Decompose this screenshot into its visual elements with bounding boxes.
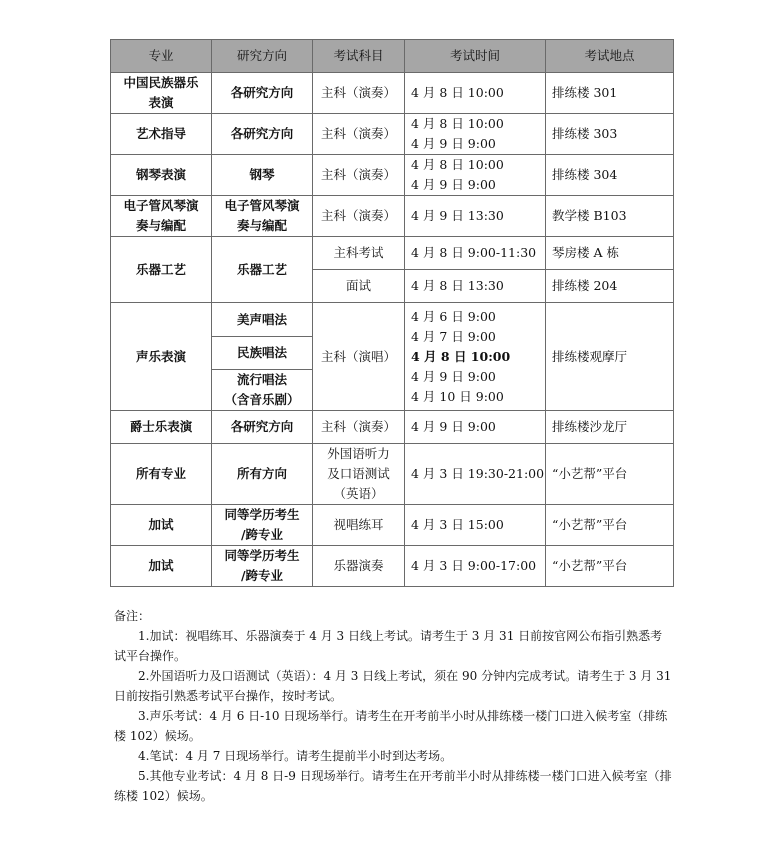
time-item-highlighted: 4 月 8 日 10:00 <box>411 347 545 367</box>
header-subject: 考试科目 <box>313 40 405 73</box>
notes-section: 备注： 1.加试：视唱练耳、乐器演奏于 4 月 3 日线上考试。请考生于 3 月… <box>114 606 674 806</box>
cell-place: 排练楼 303 <box>546 114 674 155</box>
cell-subject: 面试 <box>313 270 405 303</box>
table-row: 中国民族器乐 表演 各研究方向 主科（演奏） 4 月 8 日 10:00 排练楼… <box>111 73 674 114</box>
cell-time: 4 月 9 日 9:00 <box>405 411 546 444</box>
cell-subject: 主科考试 <box>313 237 405 270</box>
cell-time: 4 月 8 日 9:00-11:30 <box>405 237 546 270</box>
cell-major: 爵士乐表演 <box>111 411 212 444</box>
cell-time-list: 4 月 6 日 9:00 4 月 7 日 9:00 4 月 8 日 10:00 … <box>405 303 546 411</box>
cell-subject: 外国语听力 及口语测试 （英语） <box>313 444 405 505</box>
note-item: 5.其他专业考试：4 月 8 日-9 日现场举行。请考生在开考前半小时从排练楼一… <box>114 766 674 806</box>
cell-direction: 同等学历考生 /跨专业 <box>212 546 313 587</box>
table-row: 艺术指导 各研究方向 主科（演奏） 4 月 8 日 10:00 4 月 9 日 … <box>111 114 674 155</box>
cell-direction: 各研究方向 <box>212 73 313 114</box>
note-item: 4.笔试：4 月 7 日现场举行。请考生提前半小时到达考场。 <box>114 746 674 766</box>
cell-direction: 各研究方向 <box>212 114 313 155</box>
cell-direction: 钢琴 <box>212 155 313 196</box>
cell-subject: 视唱练耳 <box>313 505 405 546</box>
cell-major: 钢琴表演 <box>111 155 212 196</box>
cell-direction: 流行唱法 （含音乐剧） <box>212 370 313 411</box>
table-row: 爵士乐表演 各研究方向 主科（演奏） 4 月 9 日 9:00 排练楼沙龙厅 <box>111 411 674 444</box>
cell-time: 4 月 3 日 19:30-21:00 <box>405 444 546 505</box>
table-row: 乐器工艺 乐器工艺 主科考试 4 月 8 日 9:00-11:30 琴房楼 A … <box>111 237 674 270</box>
table-header-row: 专业 研究方向 考试科目 考试时间 考试地点 <box>111 40 674 73</box>
cell-major: 乐器工艺 <box>111 237 212 303</box>
table-row: 所有专业 所有方向 外国语听力 及口语测试 （英语） 4 月 3 日 19:30… <box>111 444 674 505</box>
table-row: 电子管风琴演 奏与编配 电子管风琴演 奏与编配 主科（演奏） 4 月 9 日 1… <box>111 196 674 237</box>
table-row: 声乐表演 美声唱法 主科（演唱） 4 月 6 日 9:00 4 月 7 日 9:… <box>111 303 674 337</box>
notes-title: 备注： <box>114 606 674 626</box>
table-row: 加试 同等学历考生 /跨专业 乐器演奏 4 月 3 日 9:00-17:00 “… <box>111 546 674 587</box>
cell-place: 排练楼 204 <box>546 270 674 303</box>
cell-place: “小艺帮”平台 <box>546 444 674 505</box>
header-time: 考试时间 <box>405 40 546 73</box>
cell-time: 4 月 8 日 13:30 <box>405 270 546 303</box>
header-place: 考试地点 <box>546 40 674 73</box>
cell-time: 4 月 3 日 15:00 <box>405 505 546 546</box>
cell-subject: 主科（演奏） <box>313 73 405 114</box>
cell-major: 电子管风琴演 奏与编配 <box>111 196 212 237</box>
cell-place: 教学楼 B103 <box>546 196 674 237</box>
cell-place: “小艺帮”平台 <box>546 505 674 546</box>
cell-place: “小艺帮”平台 <box>546 546 674 587</box>
cell-time: 4 月 8 日 10:00 <box>405 73 546 114</box>
cell-major: 声乐表演 <box>111 303 212 411</box>
table-row: 钢琴表演 钢琴 主科（演奏） 4 月 8 日 10:00 4 月 9 日 9:0… <box>111 155 674 196</box>
cell-direction: 各研究方向 <box>212 411 313 444</box>
table-row: 加试 同等学历考生 /跨专业 视唱练耳 4 月 3 日 15:00 “小艺帮”平… <box>111 505 674 546</box>
cell-major: 加试 <box>111 546 212 587</box>
cell-time: 4 月 8 日 10:00 4 月 9 日 9:00 <box>405 155 546 196</box>
time-item: 4 月 7 日 9:00 <box>411 327 545 347</box>
header-major: 专业 <box>111 40 212 73</box>
cell-subject: 主科（演奏） <box>313 411 405 444</box>
cell-place: 排练楼 304 <box>546 155 674 196</box>
time-item: 4 月 9 日 9:00 <box>411 367 545 387</box>
cell-direction: 民族唱法 <box>212 337 313 370</box>
time-item: 4 月 6 日 9:00 <box>411 307 545 327</box>
cell-place: 排练楼 301 <box>546 73 674 114</box>
cell-major: 中国民族器乐 表演 <box>111 73 212 114</box>
cell-direction: 所有方向 <box>212 444 313 505</box>
cell-subject: 主科（演奏） <box>313 114 405 155</box>
header-direction: 研究方向 <box>212 40 313 73</box>
time-item: 4 月 10 日 9:00 <box>411 387 545 407</box>
cell-direction: 电子管风琴演 奏与编配 <box>212 196 313 237</box>
note-item: 1.加试：视唱练耳、乐器演奏于 4 月 3 日线上考试。请考生于 3 月 31 … <box>114 626 674 666</box>
cell-subject: 乐器演奏 <box>313 546 405 587</box>
cell-direction: 乐器工艺 <box>212 237 313 303</box>
cell-place: 琴房楼 A 栋 <box>546 237 674 270</box>
cell-direction: 同等学历考生 /跨专业 <box>212 505 313 546</box>
cell-major: 所有专业 <box>111 444 212 505</box>
cell-subject: 主科（演唱） <box>313 303 405 411</box>
cell-time: 4 月 9 日 13:30 <box>405 196 546 237</box>
cell-place: 排练楼观摩厅 <box>546 303 674 411</box>
cell-subject: 主科（演奏） <box>313 196 405 237</box>
cell-direction: 美声唱法 <box>212 303 313 337</box>
cell-major: 加试 <box>111 505 212 546</box>
note-item: 3.声乐考试：4 月 6 日-10 日现场举行。请考生在开考前半小时从排练楼一楼… <box>114 706 674 746</box>
cell-time: 4 月 8 日 10:00 4 月 9 日 9:00 <box>405 114 546 155</box>
cell-major: 艺术指导 <box>111 114 212 155</box>
cell-time: 4 月 3 日 9:00-17:00 <box>405 546 546 587</box>
note-item: 2.外国语听力及口语测试（英语）：4 月 3 日线上考试，须在 90 分钟内完成… <box>114 666 674 706</box>
cell-place: 排练楼沙龙厅 <box>546 411 674 444</box>
exam-schedule-table: 专业 研究方向 考试科目 考试时间 考试地点 中国民族器乐 表演 各研究方向 主… <box>110 39 674 587</box>
cell-subject: 主科（演奏） <box>313 155 405 196</box>
